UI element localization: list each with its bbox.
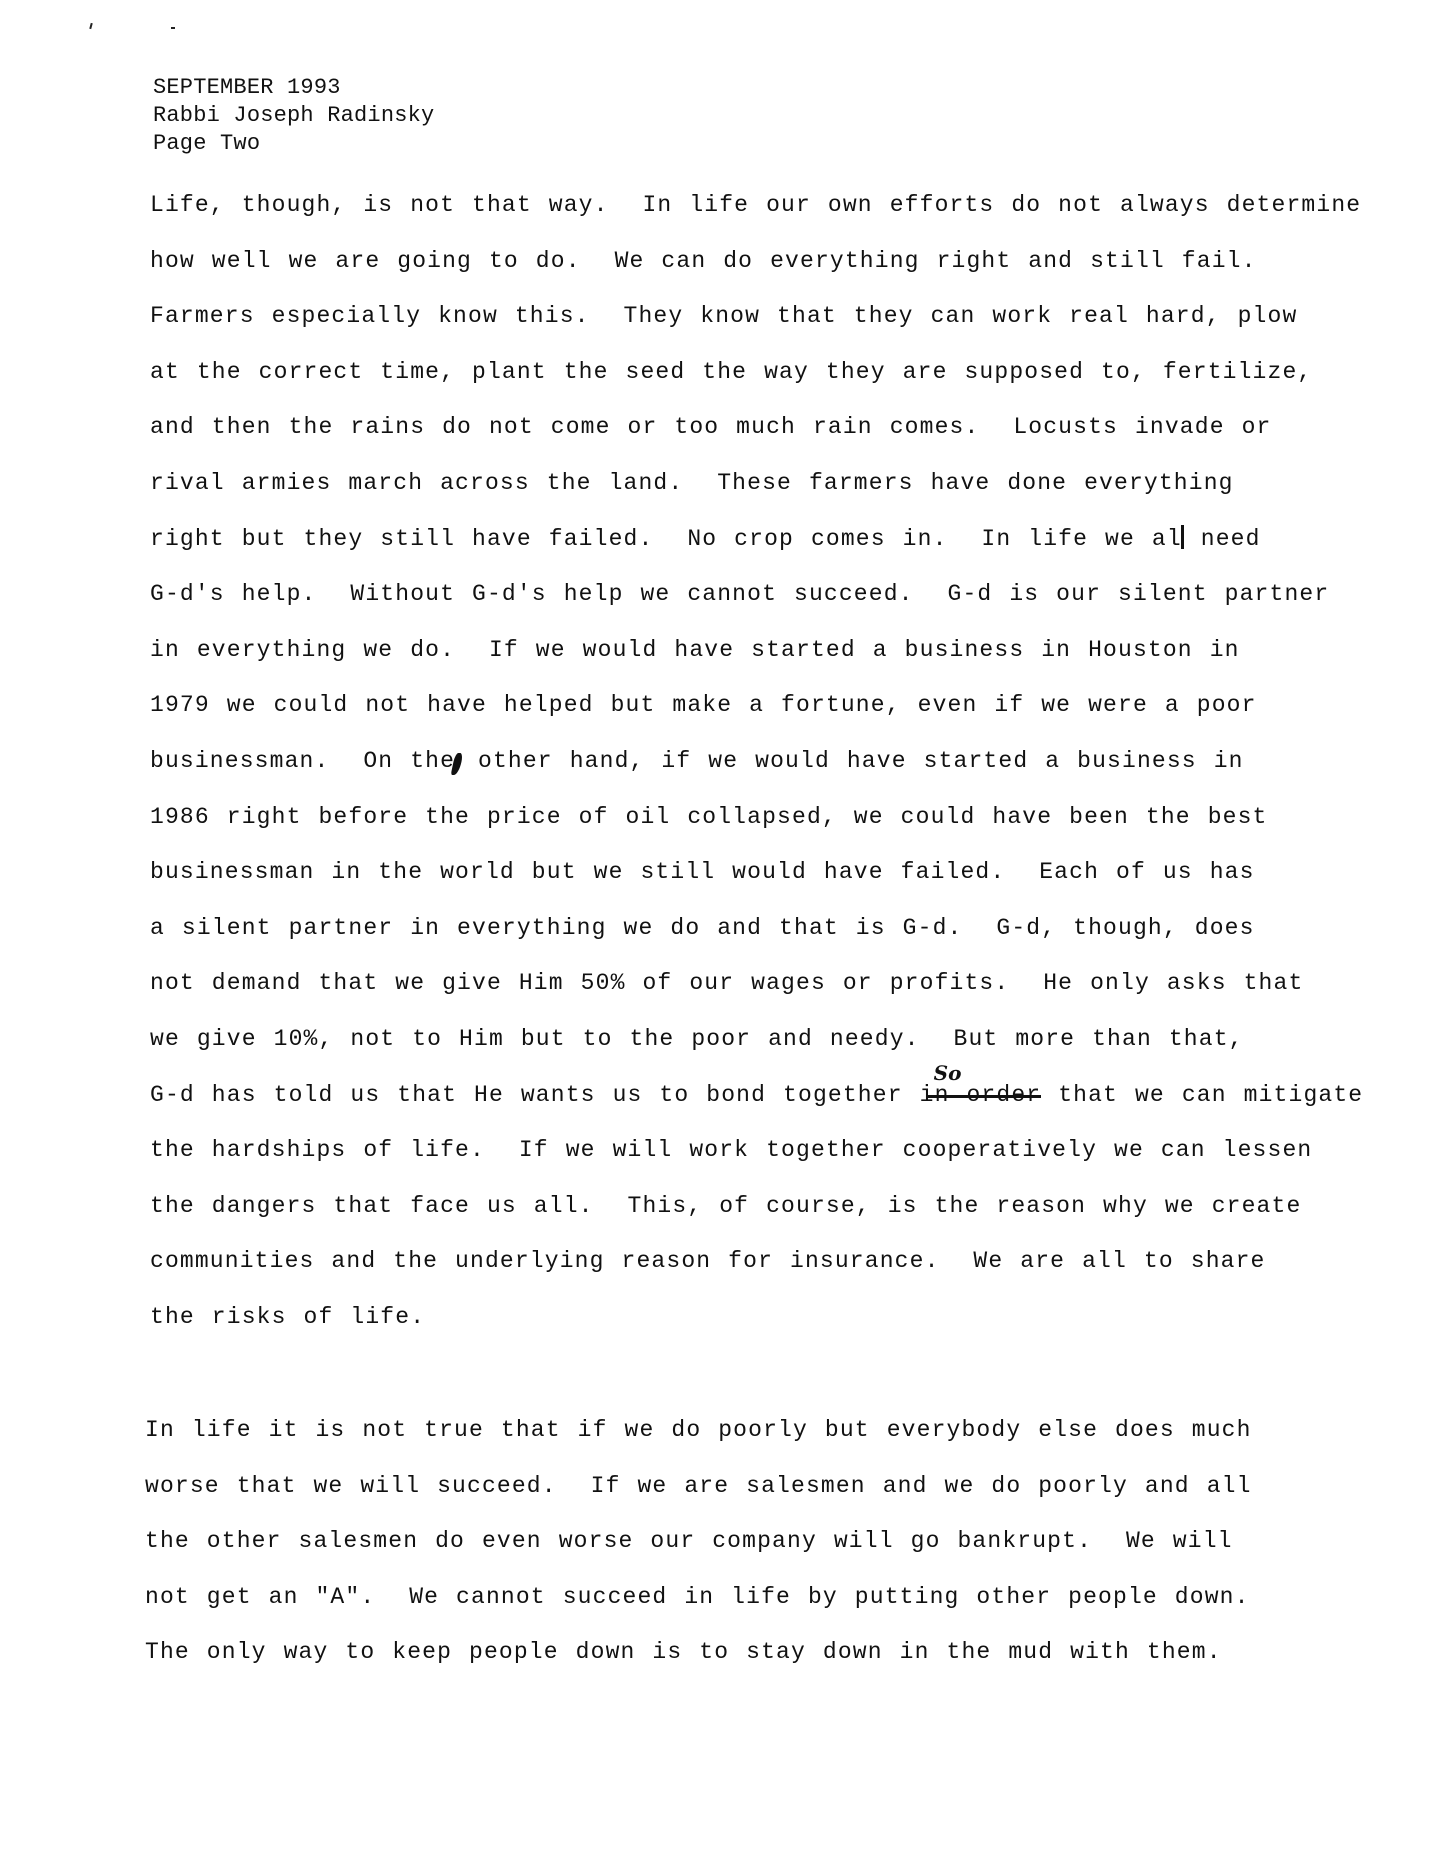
header-page-label: Page Two: [153, 130, 434, 158]
line-text-segment: that we can mitigate: [1041, 1082, 1363, 1108]
text-line: how well we are going to do. We can do e…: [150, 246, 1363, 302]
text-line-with-mark: right but they still have failed. No cro…: [150, 524, 1363, 580]
text-line: the risks of life.: [150, 1302, 1363, 1358]
struck-text: in orderSo: [920, 1080, 1042, 1110]
text-line: we give 10%, not to Him but to the poor …: [150, 1024, 1363, 1080]
text-line: at the correct time, plant the seed the …: [150, 357, 1363, 413]
text-line: worse that we will succeed. If we are sa…: [145, 1471, 1252, 1527]
text-line: businessman in the world but we still wo…: [150, 857, 1363, 913]
text-line-with-edit: G-d has told us that He wants us to bond…: [150, 1080, 1363, 1136]
text-line: 1979 we could not have helped but make a…: [150, 690, 1363, 746]
line-text-segment: need: [1184, 526, 1261, 552]
line-text-segment: G-d has told us that He wants us to bond…: [150, 1082, 920, 1108]
line-text-segment: other hand, if we would have started a b…: [461, 748, 1244, 774]
text-line: the dangers that face us all. This, of c…: [150, 1191, 1363, 1247]
text-line-with-mark: businessman. On the other hand, if we wo…: [150, 746, 1363, 802]
text-line: G-d's help. Without G-d's help we cannot…: [150, 579, 1363, 635]
text-line: the other salesmen do even worse our com…: [145, 1526, 1252, 1582]
text-line: 1986 right before the price of oil colla…: [150, 802, 1363, 858]
line-text-segment: right but they still have failed. No cro…: [150, 526, 1182, 552]
text-line: not demand that we give Him 50% of our w…: [150, 968, 1363, 1024]
document-page: SEPTEMBER 1993 Rabbi Joseph Radinsky Pag…: [0, 0, 1430, 1851]
handwritten-insertion: So: [934, 1058, 962, 1088]
header-date: SEPTEMBER 1993: [153, 74, 434, 102]
text-line: In life it is not true that if we do poo…: [145, 1415, 1252, 1471]
text-line: rival armies march across the land. Thes…: [150, 468, 1363, 524]
text-line: communities and the underlying reason fo…: [150, 1246, 1363, 1302]
text-line: the hardships of life. If we will work t…: [150, 1135, 1363, 1191]
text-line: not get an "A". We cannot succeed in lif…: [145, 1582, 1252, 1638]
header-author: Rabbi Joseph Radinsky: [153, 102, 434, 130]
document-header: SEPTEMBER 1993 Rabbi Joseph Radinsky Pag…: [153, 74, 434, 158]
text-line: and then the rains do not come or too mu…: [150, 412, 1363, 468]
paragraph-1: Life, though, is not that way. In life o…: [150, 190, 1363, 1357]
text-line: Farmers especially know this. They know …: [150, 301, 1363, 357]
line-text-segment: businessman. On the: [150, 748, 455, 774]
paragraph-2: In life it is not true that if we do poo…: [145, 1415, 1252, 1693]
text-line: Life, though, is not that way. In life o…: [150, 190, 1363, 246]
text-line: The only way to keep people down is to s…: [145, 1637, 1252, 1693]
text-line: in everything we do. If we would have st…: [150, 635, 1363, 691]
scan-speck: [171, 27, 175, 29]
text-line: a silent partner in everything we do and…: [150, 913, 1363, 969]
scan-speck: [89, 23, 92, 29]
